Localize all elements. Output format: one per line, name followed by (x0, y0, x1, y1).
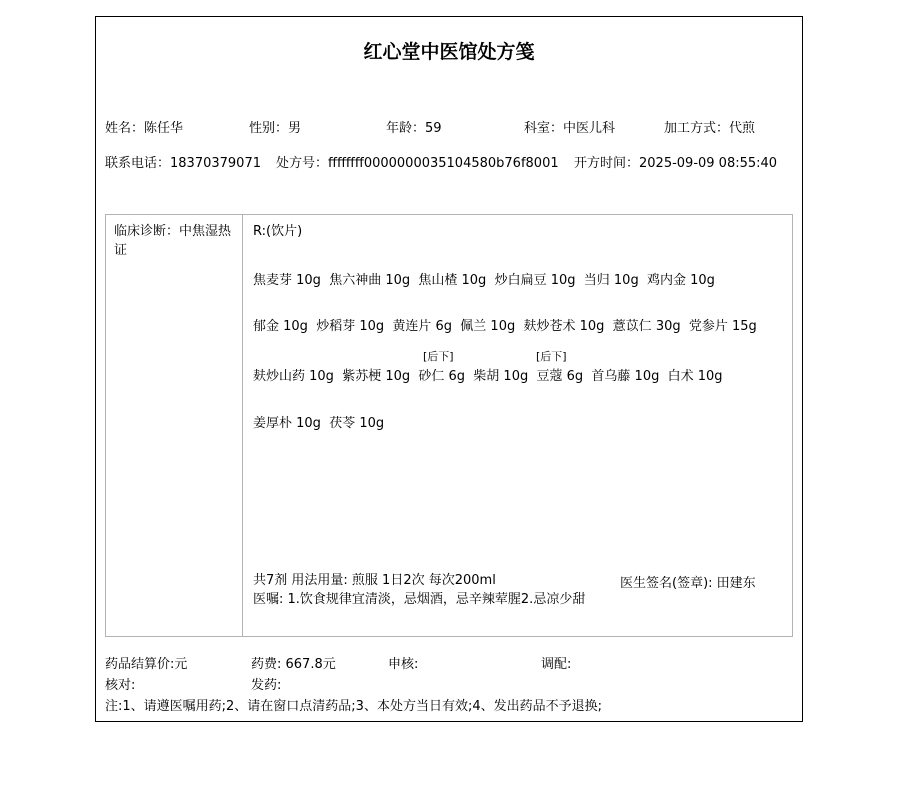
clinical-diagnosis: 临床诊断：中焦湿热证 (106, 215, 243, 636)
herb-line: 姜厚朴 10g 茯苓 10g (253, 415, 784, 433)
settlement-price-field: 药品结算价:元 (105, 653, 187, 672)
prescription-number-field: 处方号：ffffffff0000000035104580b76f8001 (276, 152, 559, 171)
prescription-time-field: 开方时间：2025-09-09 08:55:40 (574, 152, 777, 171)
later-decoct-annotation: [后下] (536, 348, 567, 364)
page-title: 红心堂中医馆处方笺 (96, 37, 802, 64)
footer-note: 注:1、请遵医嘱用药;2、请在窗口点清药品;3、本处方当日有效;4、发出药品不予… (105, 695, 602, 714)
patient-gender-field: 性别：男 (249, 117, 301, 136)
herb-line: 郁金 10g 炒稻芽 10g 黄连片 6g 佩兰 10g 麸炒苍术 10g 薏苡… (253, 318, 784, 336)
review-field: 申核: (388, 653, 418, 672)
prepare-field: 调配: (541, 653, 571, 672)
contact-phone-field: 联系电话：18370379071 (105, 152, 261, 171)
doctor-signature: 医生签名(签章): 田建东 (620, 572, 756, 591)
prescription-content: R:(饮片) 焦麦芽 10g 焦六神曲 10g 焦山楂 10g 炒白扁豆 10g… (243, 215, 792, 636)
patient-name-field: 姓名：陈任华 (105, 117, 183, 136)
patient-age-field: 年龄：59 (386, 117, 442, 136)
prescription-page: 红心堂中医馆处方笺 姓名：陈任华 性别：男 年龄：59 科室：中医儿科 加工方式… (0, 0, 900, 800)
herb-line: 焦麦芽 10g 焦六神曲 10g 焦山楂 10g 炒白扁豆 10g 当归 10g… (253, 272, 784, 290)
prescription-box: 临床诊断：中焦湿热证 R:(饮片) 焦麦芽 10g 焦六神曲 10g 焦山楂 1… (105, 214, 793, 637)
medicine-fee-field: 药费: 667.8元 (251, 653, 336, 672)
medical-advice: 医嘱: 1.饮食规律宜清淡，忌烟酒，忌辛辣荤腥2.忌凉少甜 (253, 591, 784, 609)
department-field: 科室：中医儿科 (524, 117, 615, 136)
processing-method-field: 加工方式：代煎 (664, 117, 755, 136)
check-field: 核对: (105, 674, 135, 693)
later-decoct-annotation: [后下] (423, 348, 454, 364)
rx-header: R:(饮片) (253, 223, 784, 241)
dispense-field: 发药: (251, 674, 281, 693)
prescription-sheet: 红心堂中医馆处方笺 姓名：陈任华 性别：男 年龄：59 科室：中医儿科 加工方式… (95, 16, 803, 722)
herb-line: 麸炒山药 10g 紫苏梗 10g 砂仁 6g 柴胡 10g 豆蔻 6g 首乌藤 … (253, 368, 784, 386)
